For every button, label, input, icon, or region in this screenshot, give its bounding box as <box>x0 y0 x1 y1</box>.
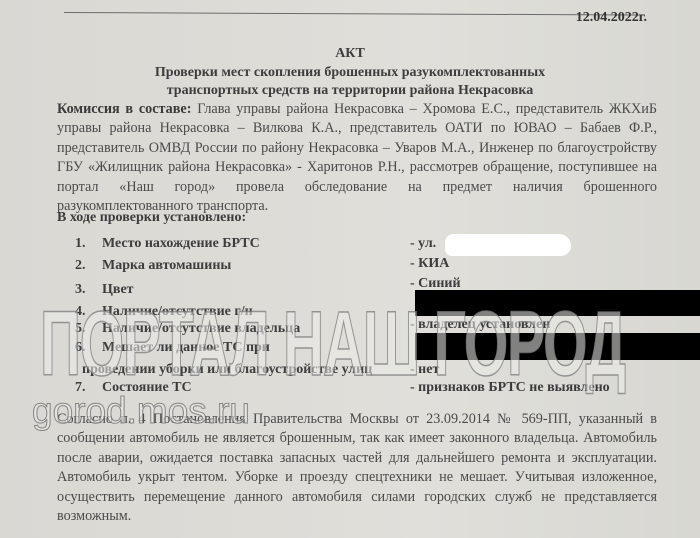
finding-item: 4.Наличие/отсутствие г/н <box>75 304 253 320</box>
address-redaction <box>445 234 571 256</box>
conclusion-paragraph: Согласно п. 4 Постановления Правительств… <box>57 410 657 526</box>
document-title: АКТ <box>0 46 700 62</box>
commission-text: Глава управы района Некрасовка – Хромова… <box>57 101 657 214</box>
commission-label: Комиссия в составе: <box>57 101 191 117</box>
document-date: 12.04.2022г. <box>576 10 647 26</box>
document-subtitle-line2: транспортных средств на территории район… <box>0 83 700 99</box>
finding-value: - ул. <box>410 236 436 252</box>
finding-value: - КИА <box>410 256 449 272</box>
document-page: 12.04.2022г. АКТ Проверки мест скопления… <box>0 0 700 538</box>
finding-value: - нет <box>410 362 439 378</box>
findings-title: В ходе проверки установлено: <box>57 210 246 226</box>
finding-item: 1.Место нахождение БРТС <box>75 236 260 252</box>
finding-item: 2.Марка автомашины <box>75 258 231 274</box>
commission-paragraph: Комиссия в составе: Глава управы района … <box>57 100 657 216</box>
finding-item: 3.Цвет <box>75 282 134 298</box>
finding-value: - владелец установлен <box>410 317 550 333</box>
finding-item: 7.Состояние ТС <box>75 380 192 396</box>
finding-item: 5.Наличие/отсутствие владельца <box>75 321 300 337</box>
document-subtitle-line1: Проверки мест скопления брошенных разуко… <box>0 65 700 81</box>
finding-value: - признаков БРТС не выявлено <box>410 380 610 396</box>
finding-item: проведении уборки или благоустройстве ул… <box>82 362 372 378</box>
top-rule <box>64 12 644 16</box>
finding-item: 6.Мешает ли данное ТС при <box>75 340 270 356</box>
plate-redaction <box>415 290 700 316</box>
redaction-block <box>415 333 700 360</box>
